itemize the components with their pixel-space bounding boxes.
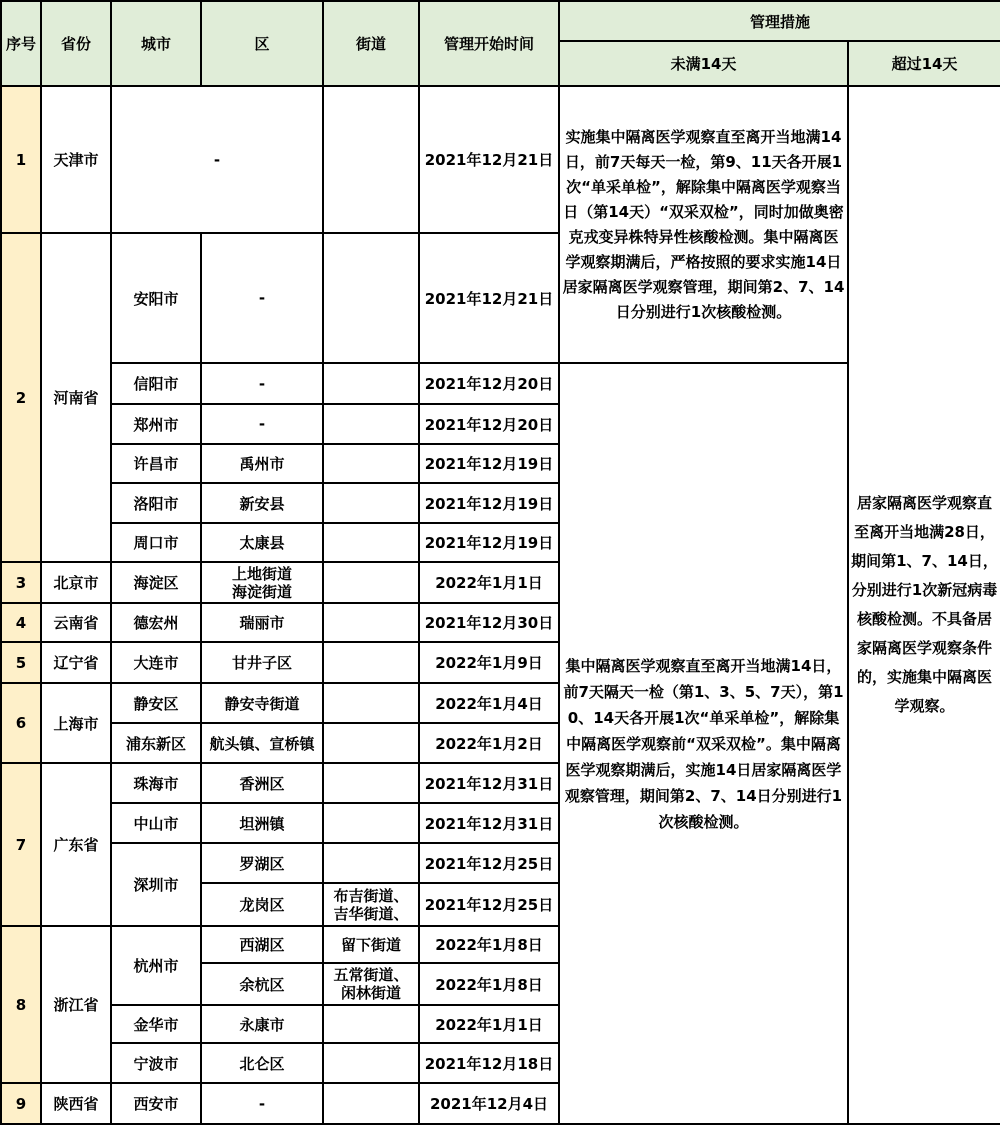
street-cell: 布吉街道、 吉华街道、 bbox=[323, 883, 419, 926]
date-cell: 2021年12月25日 bbox=[419, 883, 559, 926]
district-cell: 罗湖区 bbox=[201, 843, 323, 883]
city-cell: 静安区 bbox=[111, 683, 201, 723]
date-cell: 2021年12月30日 bbox=[419, 603, 559, 642]
province-cell: 上海市 bbox=[41, 683, 111, 763]
district-cell: 余杭区 bbox=[201, 963, 323, 1005]
district-cell: 香洲区 bbox=[201, 763, 323, 803]
district-cell: 北仑区 bbox=[201, 1043, 323, 1083]
col-header-measures: 管理措施 bbox=[559, 1, 1000, 41]
city-cell: 洛阳市 bbox=[111, 483, 201, 523]
street-cell bbox=[323, 723, 419, 763]
city-cell: 宁波市 bbox=[111, 1043, 201, 1083]
col-header-over14: 超过14天 bbox=[848, 41, 1000, 86]
street-cell bbox=[323, 363, 419, 404]
street-cell: 留下街道 bbox=[323, 926, 419, 963]
index-cell: 3 bbox=[1, 562, 41, 603]
date-cell: 2021年12月19日 bbox=[419, 523, 559, 562]
province-cell: 河南省 bbox=[41, 233, 111, 562]
street-cell bbox=[323, 233, 419, 363]
date-cell: 2022年1月9日 bbox=[419, 642, 559, 683]
measure-under14-block2: 集中隔离医学观察直至离开当地满14日，前7天隔天一检（第1、3、5、7天），第1… bbox=[559, 363, 848, 1124]
city-district-cell: - bbox=[111, 86, 323, 233]
city-cell: 周口市 bbox=[111, 523, 201, 562]
street-cell: 五常街道、 闲林街道 bbox=[323, 963, 419, 1005]
street-cell bbox=[323, 562, 419, 603]
street-cell bbox=[323, 803, 419, 843]
city-cell: 深圳市 bbox=[111, 843, 201, 926]
city-cell: 德宏州 bbox=[111, 603, 201, 642]
date-cell: 2022年1月1日 bbox=[419, 562, 559, 603]
city-cell: 海淀区 bbox=[111, 562, 201, 603]
index-cell: 2 bbox=[1, 233, 41, 562]
table-row: 1 天津市 - 2021年12月21日 实施集中隔离医学观察直至离开当地满14日… bbox=[1, 86, 1000, 233]
date-cell: 2021年12月21日 bbox=[419, 86, 559, 233]
date-cell: 2022年1月4日 bbox=[419, 683, 559, 723]
city-cell: 浦东新区 bbox=[111, 723, 201, 763]
city-cell: 安阳市 bbox=[111, 233, 201, 363]
city-cell: 金华市 bbox=[111, 1005, 201, 1043]
street-cell bbox=[323, 683, 419, 723]
date-cell: 2021年12月20日 bbox=[419, 404, 559, 444]
col-header-street: 街道 bbox=[323, 1, 419, 86]
street-cell bbox=[323, 642, 419, 683]
province-cell: 北京市 bbox=[41, 562, 111, 603]
measure-under14-block1: 实施集中隔离医学观察直至离开当地满14日，前7天每天一检，第9、11天各开展1次… bbox=[559, 86, 848, 363]
city-cell: 中山市 bbox=[111, 803, 201, 843]
district-cell: - bbox=[201, 1083, 323, 1124]
street-cell bbox=[323, 843, 419, 883]
col-header-under14: 未满14天 bbox=[559, 41, 848, 86]
province-cell: 广东省 bbox=[41, 763, 111, 926]
date-cell: 2022年1月2日 bbox=[419, 723, 559, 763]
province-cell: 云南省 bbox=[41, 603, 111, 642]
index-cell: 5 bbox=[1, 642, 41, 683]
quarantine-measures-table: 序号 省份 城市 区 街道 管理开始时间 管理措施 未满14天 超过14天 1 … bbox=[0, 0, 1000, 1125]
header-row-1: 序号 省份 城市 区 街道 管理开始时间 管理措施 bbox=[1, 1, 1000, 41]
district-cell: 甘井子区 bbox=[201, 642, 323, 683]
street-cell bbox=[323, 523, 419, 562]
province-cell: 陕西省 bbox=[41, 1083, 111, 1124]
date-cell: 2021年12月19日 bbox=[419, 483, 559, 523]
district-cell: 上地街道 海淀街道 bbox=[201, 562, 323, 603]
district-cell: 瑞丽市 bbox=[201, 603, 323, 642]
date-cell: 2021年12月19日 bbox=[419, 444, 559, 483]
street-cell bbox=[323, 1005, 419, 1043]
district-cell: 航头镇、宣桥镇 bbox=[201, 723, 323, 763]
date-cell: 2021年12月18日 bbox=[419, 1043, 559, 1083]
city-cell: 西安市 bbox=[111, 1083, 201, 1124]
date-cell: 2022年1月8日 bbox=[419, 926, 559, 963]
city-cell: 郑州市 bbox=[111, 404, 201, 444]
street-cell bbox=[323, 444, 419, 483]
district-cell: 静安寺街道 bbox=[201, 683, 323, 723]
street-cell bbox=[323, 483, 419, 523]
index-cell: 6 bbox=[1, 683, 41, 763]
street-cell bbox=[323, 86, 419, 233]
district-cell: 坦洲镇 bbox=[201, 803, 323, 843]
street-cell bbox=[323, 603, 419, 642]
district-cell: 西湖区 bbox=[201, 926, 323, 963]
col-header-start-date: 管理开始时间 bbox=[419, 1, 559, 86]
district-cell: 禹州市 bbox=[201, 444, 323, 483]
district-cell: 永康市 bbox=[201, 1005, 323, 1043]
city-cell: 信阳市 bbox=[111, 363, 201, 404]
city-cell: 珠海市 bbox=[111, 763, 201, 803]
index-cell: 9 bbox=[1, 1083, 41, 1124]
date-cell: 2021年12月21日 bbox=[419, 233, 559, 363]
col-header-index: 序号 bbox=[1, 1, 41, 86]
date-cell: 2022年1月8日 bbox=[419, 963, 559, 1005]
district-cell: - bbox=[201, 233, 323, 363]
date-cell: 2021年12月31日 bbox=[419, 763, 559, 803]
date-cell: 2021年12月25日 bbox=[419, 843, 559, 883]
district-cell: 新安县 bbox=[201, 483, 323, 523]
street-cell bbox=[323, 1043, 419, 1083]
city-cell: 许昌市 bbox=[111, 444, 201, 483]
col-header-province: 省份 bbox=[41, 1, 111, 86]
measure-over14: 居家隔离医学观察直至离开当地满28日，期间第1、7、14日，分别进行1次新冠病毒… bbox=[848, 86, 1000, 1124]
date-cell: 2021年12月31日 bbox=[419, 803, 559, 843]
district-cell: - bbox=[201, 404, 323, 444]
street-cell bbox=[323, 763, 419, 803]
street-cell bbox=[323, 1083, 419, 1124]
index-cell: 7 bbox=[1, 763, 41, 926]
col-header-district: 区 bbox=[201, 1, 323, 86]
index-cell: 8 bbox=[1, 926, 41, 1083]
index-cell: 1 bbox=[1, 86, 41, 233]
index-cell: 4 bbox=[1, 603, 41, 642]
city-cell: 大连市 bbox=[111, 642, 201, 683]
province-cell: 浙江省 bbox=[41, 926, 111, 1083]
date-cell: 2022年1月1日 bbox=[419, 1005, 559, 1043]
col-header-city: 城市 bbox=[111, 1, 201, 86]
district-cell: 龙岗区 bbox=[201, 883, 323, 926]
province-cell: 辽宁省 bbox=[41, 642, 111, 683]
date-cell: 2021年12月4日 bbox=[419, 1083, 559, 1124]
province-cell: 天津市 bbox=[41, 86, 111, 233]
district-cell: - bbox=[201, 363, 323, 404]
district-cell: 太康县 bbox=[201, 523, 323, 562]
city-cell: 杭州市 bbox=[111, 926, 201, 1005]
street-cell bbox=[323, 404, 419, 444]
date-cell: 2021年12月20日 bbox=[419, 363, 559, 404]
